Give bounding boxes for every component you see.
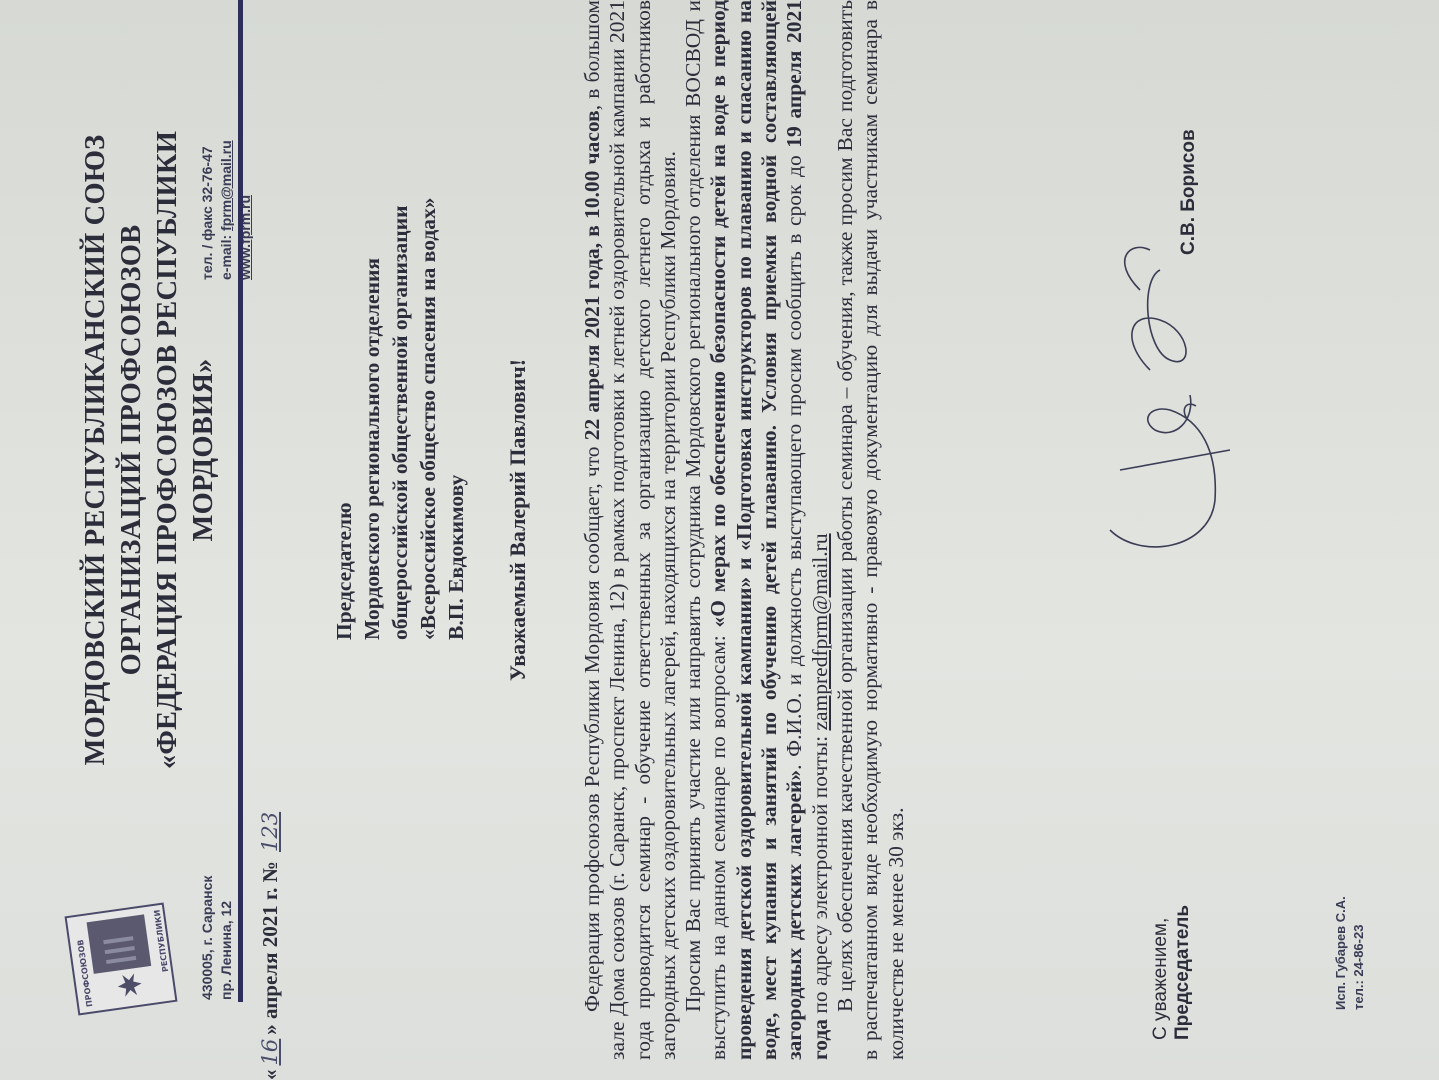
postal-address: 430005, г. Саранск пр. Ленина, 12	[198, 876, 236, 1000]
header-divider	[238, 0, 243, 1002]
executor-info: Исп. Губарев С.А. тел.: 24-86-23	[1332, 896, 1368, 1010]
addressee-name: В.П. Евдокимову	[442, 0, 470, 640]
executor-phone: тел.: 24-86-23	[1350, 896, 1368, 1010]
signer-name: С.В. Борисов	[1178, 129, 1200, 255]
handwritten-signature-icon	[1100, 210, 1240, 570]
addressee-line-2: Мордовского регионального отделения	[358, 0, 386, 640]
closing-block: С уважением, Председатель	[1150, 905, 1194, 1040]
addressee-line-1: Председателю	[330, 0, 358, 640]
executor-name: Исп. Губарев С.А.	[1332, 896, 1350, 1010]
handwritten-document-number: 123	[258, 808, 282, 856]
closing-regards: С уважением,	[1150, 905, 1172, 1040]
signer-title: Председатель	[1172, 905, 1194, 1040]
paragraph-3: В целях обеспечения качественной организ…	[833, 0, 909, 1060]
document-date-number: «16» апреля 2021 г. № 123	[258, 808, 283, 1080]
letterhead-line-2: ОРГАНИЗАЦИЙ ПРОФСОЮЗОВ	[114, 50, 150, 850]
addressee-line-4: «Всероссийское общество спасения на вода…	[414, 0, 442, 640]
address-line-2: пр. Ленина, 12	[217, 876, 236, 1000]
seminar-email-link[interactable]: zampredfprm@mail.ru	[808, 533, 832, 730]
email-link[interactable]: fprm@mail.ru	[218, 140, 234, 231]
address-line-1: 430005, г. Саранск	[198, 876, 217, 1000]
federation-emblem-icon: ПРОФСОЮЗОВ РЕСПУБЛИКИ	[62, 900, 180, 1018]
greeting: Уважаемый Валерий Павлович!	[505, 300, 531, 740]
handwritten-day: 16	[258, 1035, 282, 1070]
date-text: апреля 2021 г. №	[258, 861, 282, 1019]
contact-info: тел. / факс 32-76-47 e-mail: fprm@mail.r…	[198, 140, 255, 280]
letter-body: Федерация профсоюзов Республики Мордовия…	[580, 0, 909, 1060]
addressee-line-3: общероссийской общественной организации	[386, 0, 414, 640]
email-label: e-mail:	[218, 235, 234, 280]
letter-page: ПРОФСОЮЗОВ РЕСПУБЛИКИ МОРДОВСКИЙ РЕСПУБЛ…	[0, 0, 1439, 1080]
paragraph-2: Просим Вас принять участие или направить…	[681, 0, 833, 1060]
letterhead-line-1: МОРДОВСКИЙ РЕСПУБЛИКАНСКИЙ СОЮЗ	[78, 50, 114, 850]
phone-fax: тел. / факс 32-76-47	[198, 140, 217, 280]
paragraph-1: Федерация профсоюзов Республики Мордовия…	[580, 0, 681, 1060]
addressee-block: Председателю Мордовского регионального о…	[330, 0, 470, 640]
